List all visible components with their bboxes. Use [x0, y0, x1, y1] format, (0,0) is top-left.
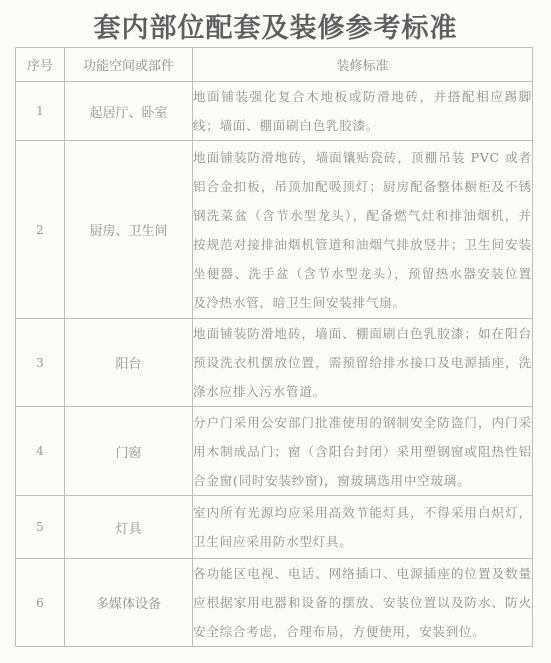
table-header-row: 序号 功能空间或部件 装修标准: [16, 48, 533, 82]
row-standard: 地面铺装防滑地砖，墙面、棚面刷白色乳胶漆；如在阳台预设洗衣机摆放位置，需预留给排…: [193, 319, 533, 407]
row-serial-no: 1: [16, 82, 65, 141]
row-space: 门窗: [65, 407, 193, 496]
table-row: 5 灯具 室内所有光源均应采用高效节能灯具，不得采用白炽灯，卫生间应采用防水型灯…: [16, 496, 533, 559]
header-standard: 装修标准: [193, 48, 533, 82]
row-standard: 室内所有光源均应采用高效节能灯具，不得采用白炽灯，卫生间应采用防水型灯具。: [193, 496, 533, 559]
table-row: 6 多媒体设备 各功能区电视、电话、网络插口、电源插座的位置及数量应根据家用电器…: [16, 559, 533, 647]
document-title: 套内部位配套及装修参考标准: [0, 6, 551, 45]
row-space: 灯具: [65, 496, 193, 559]
table-row: 2 厨房、卫生间 地面铺装防滑地砖，墙面镶贴瓷砖，顶棚吊装 PVC 或者铝合金扣…: [16, 141, 533, 319]
row-space: 起居厅、卧室: [65, 82, 193, 141]
row-standard: 地面铺装强化复合木地板或防滑地砖，并搭配相应踢脚线；墙面、棚面刷白色乳胶漆。: [193, 82, 533, 141]
row-space: 多媒体设备: [65, 559, 193, 647]
row-serial-no: 5: [16, 496, 65, 559]
row-space: 阳台: [65, 319, 193, 407]
table-row: 4 门窗 分户门采用公安部门批准使用的钢制安全防盗门，内门采用木制成品门；窗（含…: [16, 407, 533, 496]
table-row: 1 起居厅、卧室 地面铺装强化复合木地板或防滑地砖，并搭配相应踢脚线；墙面、棚面…: [16, 82, 533, 141]
row-serial-no: 2: [16, 141, 65, 319]
row-space: 厨房、卫生间: [65, 141, 193, 319]
row-serial-no: 6: [16, 559, 65, 647]
header-serial-no: 序号: [16, 48, 65, 82]
row-serial-no: 3: [16, 319, 65, 407]
row-serial-no: 4: [16, 407, 65, 496]
decoration-standard-table: 序号 功能空间或部件 装修标准 1 起居厅、卧室 地面铺装强化复合木地板或防滑地…: [15, 47, 533, 647]
row-standard: 分户门采用公安部门批准使用的钢制安全防盗门，内门采用木制成品门；窗（含阳台封闭）…: [193, 407, 533, 496]
row-standard: 各功能区电视、电话、网络插口、电源插座的位置及数量应根据家用电器和设备的摆放、安…: [193, 559, 533, 647]
header-space: 功能空间或部件: [65, 48, 193, 82]
table-row: 3 阳台 地面铺装防滑地砖，墙面、棚面刷白色乳胶漆；如在阳台预设洗衣机摆放位置，…: [16, 319, 533, 407]
row-standard: 地面铺装防滑地砖，墙面镶贴瓷砖，顶棚吊装 PVC 或者铝合金扣板，吊顶加配吸顶灯…: [193, 141, 533, 319]
